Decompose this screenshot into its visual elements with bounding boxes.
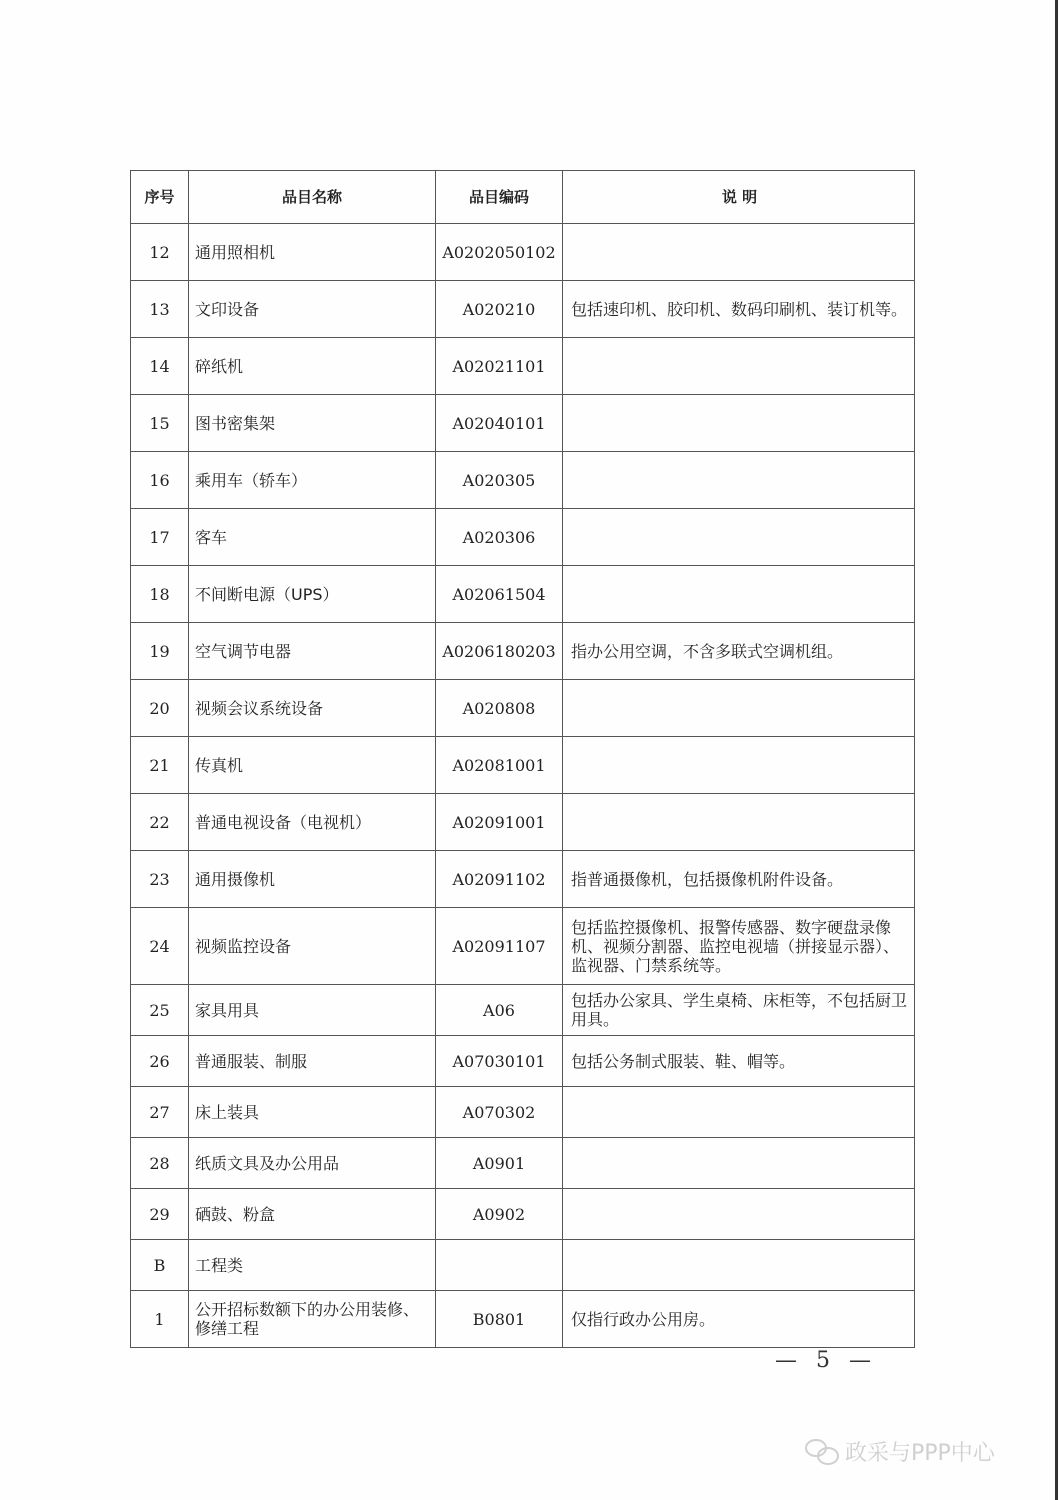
row-code: A02091102: [436, 851, 563, 908]
row-code: A07030101: [436, 1036, 563, 1087]
row-code: A0902: [436, 1189, 563, 1240]
row-no: 15: [131, 395, 189, 452]
row-no: 25: [131, 985, 189, 1036]
table-row: 28 纸质文具及办公用品 A0901: [131, 1138, 915, 1189]
row-desc: [563, 680, 915, 737]
row-code: A02061504: [436, 566, 563, 623]
row-no: 26: [131, 1036, 189, 1087]
row-desc: [563, 224, 915, 281]
row-desc: [563, 1189, 915, 1240]
row-desc: 包括监控摄像机、报警传感器、数字硬盘录像机、视频分割器、监控电视墙（拼接显示器）…: [563, 908, 915, 985]
table-row-category: B 工程类: [131, 1240, 915, 1291]
row-no: 14: [131, 338, 189, 395]
procurement-catalog-table: 序号 品目名称 品目编码 说 明 12 通用照相机 A0202050102 13…: [130, 170, 915, 1348]
row-no: B: [131, 1240, 189, 1291]
row-desc: [563, 395, 915, 452]
row-code: A02091107: [436, 908, 563, 985]
row-desc: 指办公用空调，不含多联式空调机组。: [563, 623, 915, 680]
header-name: 品目名称: [189, 171, 436, 224]
table-row: 24 视频监控设备 A02091107 包括监控摄像机、报警传感器、数字硬盘录像…: [131, 908, 915, 985]
row-no: 16: [131, 452, 189, 509]
row-no: 13: [131, 281, 189, 338]
row-desc: [563, 1240, 915, 1291]
row-name: 视频监控设备: [189, 908, 436, 985]
row-desc: [563, 794, 915, 851]
row-no: 21: [131, 737, 189, 794]
row-name: 通用摄像机: [189, 851, 436, 908]
watermark-text: 政采与PPP中心: [845, 1436, 995, 1467]
row-desc: [563, 338, 915, 395]
page-number: — 5 —: [775, 1348, 877, 1373]
row-code: A020306: [436, 509, 563, 566]
row-desc: [563, 566, 915, 623]
row-name: 传真机: [189, 737, 436, 794]
row-desc: [563, 452, 915, 509]
row-name: 视频会议系统设备: [189, 680, 436, 737]
row-name: 硒鼓、粉盒: [189, 1189, 436, 1240]
row-name: 公开招标数额下的办公用装修、修缮工程: [189, 1291, 436, 1348]
row-no: 27: [131, 1087, 189, 1138]
row-desc: 包括速印机、胶印机、数码印刷机、装订机等。: [563, 281, 915, 338]
row-no: 17: [131, 509, 189, 566]
row-name: 普通电视设备（电视机）: [189, 794, 436, 851]
row-name: 普通服装、制服: [189, 1036, 436, 1087]
table-row: 22 普通电视设备（电视机） A02091001: [131, 794, 915, 851]
table-row: 29 硒鼓、粉盒 A0902: [131, 1189, 915, 1240]
wechat-icon: [805, 1439, 839, 1465]
row-name: 碎纸机: [189, 338, 436, 395]
row-name: 空气调节电器: [189, 623, 436, 680]
row-code: A070302: [436, 1087, 563, 1138]
row-no: 18: [131, 566, 189, 623]
row-name: 乘用车（轿车）: [189, 452, 436, 509]
row-name: 不间断电源（UPS）: [189, 566, 436, 623]
row-code: B0801: [436, 1291, 563, 1348]
row-code: A020305: [436, 452, 563, 509]
table-header-row: 序号 品目名称 品目编码 说 明: [131, 171, 915, 224]
row-name: 纸质文具及办公用品: [189, 1138, 436, 1189]
row-desc: 指普通摄像机，包括摄像机附件设备。: [563, 851, 915, 908]
table-row: 14 碎纸机 A02021101: [131, 338, 915, 395]
row-no: 24: [131, 908, 189, 985]
table-row: 1 公开招标数额下的办公用装修、修缮工程 B0801 仅指行政办公用房。: [131, 1291, 915, 1348]
row-desc: 仅指行政办公用房。: [563, 1291, 915, 1348]
row-desc: 包括公务制式服装、鞋、帽等。: [563, 1036, 915, 1087]
table-row: 17 客车 A020306: [131, 509, 915, 566]
table-row: 16 乘用车（轿车） A020305: [131, 452, 915, 509]
table-row: 25 家具用具 A06 包括办公家具、学生桌椅、床柜等，不包括厨卫用具。: [131, 985, 915, 1036]
row-no: 1: [131, 1291, 189, 1348]
row-code: A06: [436, 985, 563, 1036]
table-row: 20 视频会议系统设备 A020808: [131, 680, 915, 737]
row-desc: [563, 737, 915, 794]
row-code: A020210: [436, 281, 563, 338]
row-name: 客车: [189, 509, 436, 566]
row-name: 图书密集架: [189, 395, 436, 452]
row-no: 29: [131, 1189, 189, 1240]
row-code: A02091001: [436, 794, 563, 851]
table-row: 23 通用摄像机 A02091102 指普通摄像机，包括摄像机附件设备。: [131, 851, 915, 908]
row-code: A0901: [436, 1138, 563, 1189]
row-name: 工程类: [189, 1240, 436, 1291]
row-desc: [563, 509, 915, 566]
table-row: 19 空气调节电器 A0206180203 指办公用空调，不含多联式空调机组。: [131, 623, 915, 680]
row-code: A0202050102: [436, 224, 563, 281]
row-desc: [563, 1138, 915, 1189]
row-name: 通用照相机: [189, 224, 436, 281]
row-name: 文印设备: [189, 281, 436, 338]
row-no: 28: [131, 1138, 189, 1189]
row-no: 22: [131, 794, 189, 851]
table-row: 15 图书密集架 A02040101: [131, 395, 915, 452]
row-code: A02081001: [436, 737, 563, 794]
watermark: 政采与PPP中心: [805, 1436, 995, 1467]
page-edge: [1055, 0, 1058, 1500]
header-desc: 说 明: [563, 171, 915, 224]
row-code: A020808: [436, 680, 563, 737]
header-code: 品目编码: [436, 171, 563, 224]
table-row: 13 文印设备 A020210 包括速印机、胶印机、数码印刷机、装订机等。: [131, 281, 915, 338]
header-no: 序号: [131, 171, 189, 224]
table-row: 12 通用照相机 A0202050102: [131, 224, 915, 281]
row-desc: [563, 1087, 915, 1138]
row-code: A02040101: [436, 395, 563, 452]
row-desc: 包括办公家具、学生桌椅、床柜等，不包括厨卫用具。: [563, 985, 915, 1036]
row-no: 19: [131, 623, 189, 680]
table-row: 26 普通服装、制服 A07030101 包括公务制式服装、鞋、帽等。: [131, 1036, 915, 1087]
table-row: 27 床上装具 A070302: [131, 1087, 915, 1138]
row-name: 家具用具: [189, 985, 436, 1036]
row-code: A0206180203: [436, 623, 563, 680]
row-no: 20: [131, 680, 189, 737]
table-row: 21 传真机 A02081001: [131, 737, 915, 794]
row-code: A02021101: [436, 338, 563, 395]
table-row: 18 不间断电源（UPS） A02061504: [131, 566, 915, 623]
row-code: [436, 1240, 563, 1291]
row-no: 23: [131, 851, 189, 908]
row-no: 12: [131, 224, 189, 281]
row-name: 床上装具: [189, 1087, 436, 1138]
